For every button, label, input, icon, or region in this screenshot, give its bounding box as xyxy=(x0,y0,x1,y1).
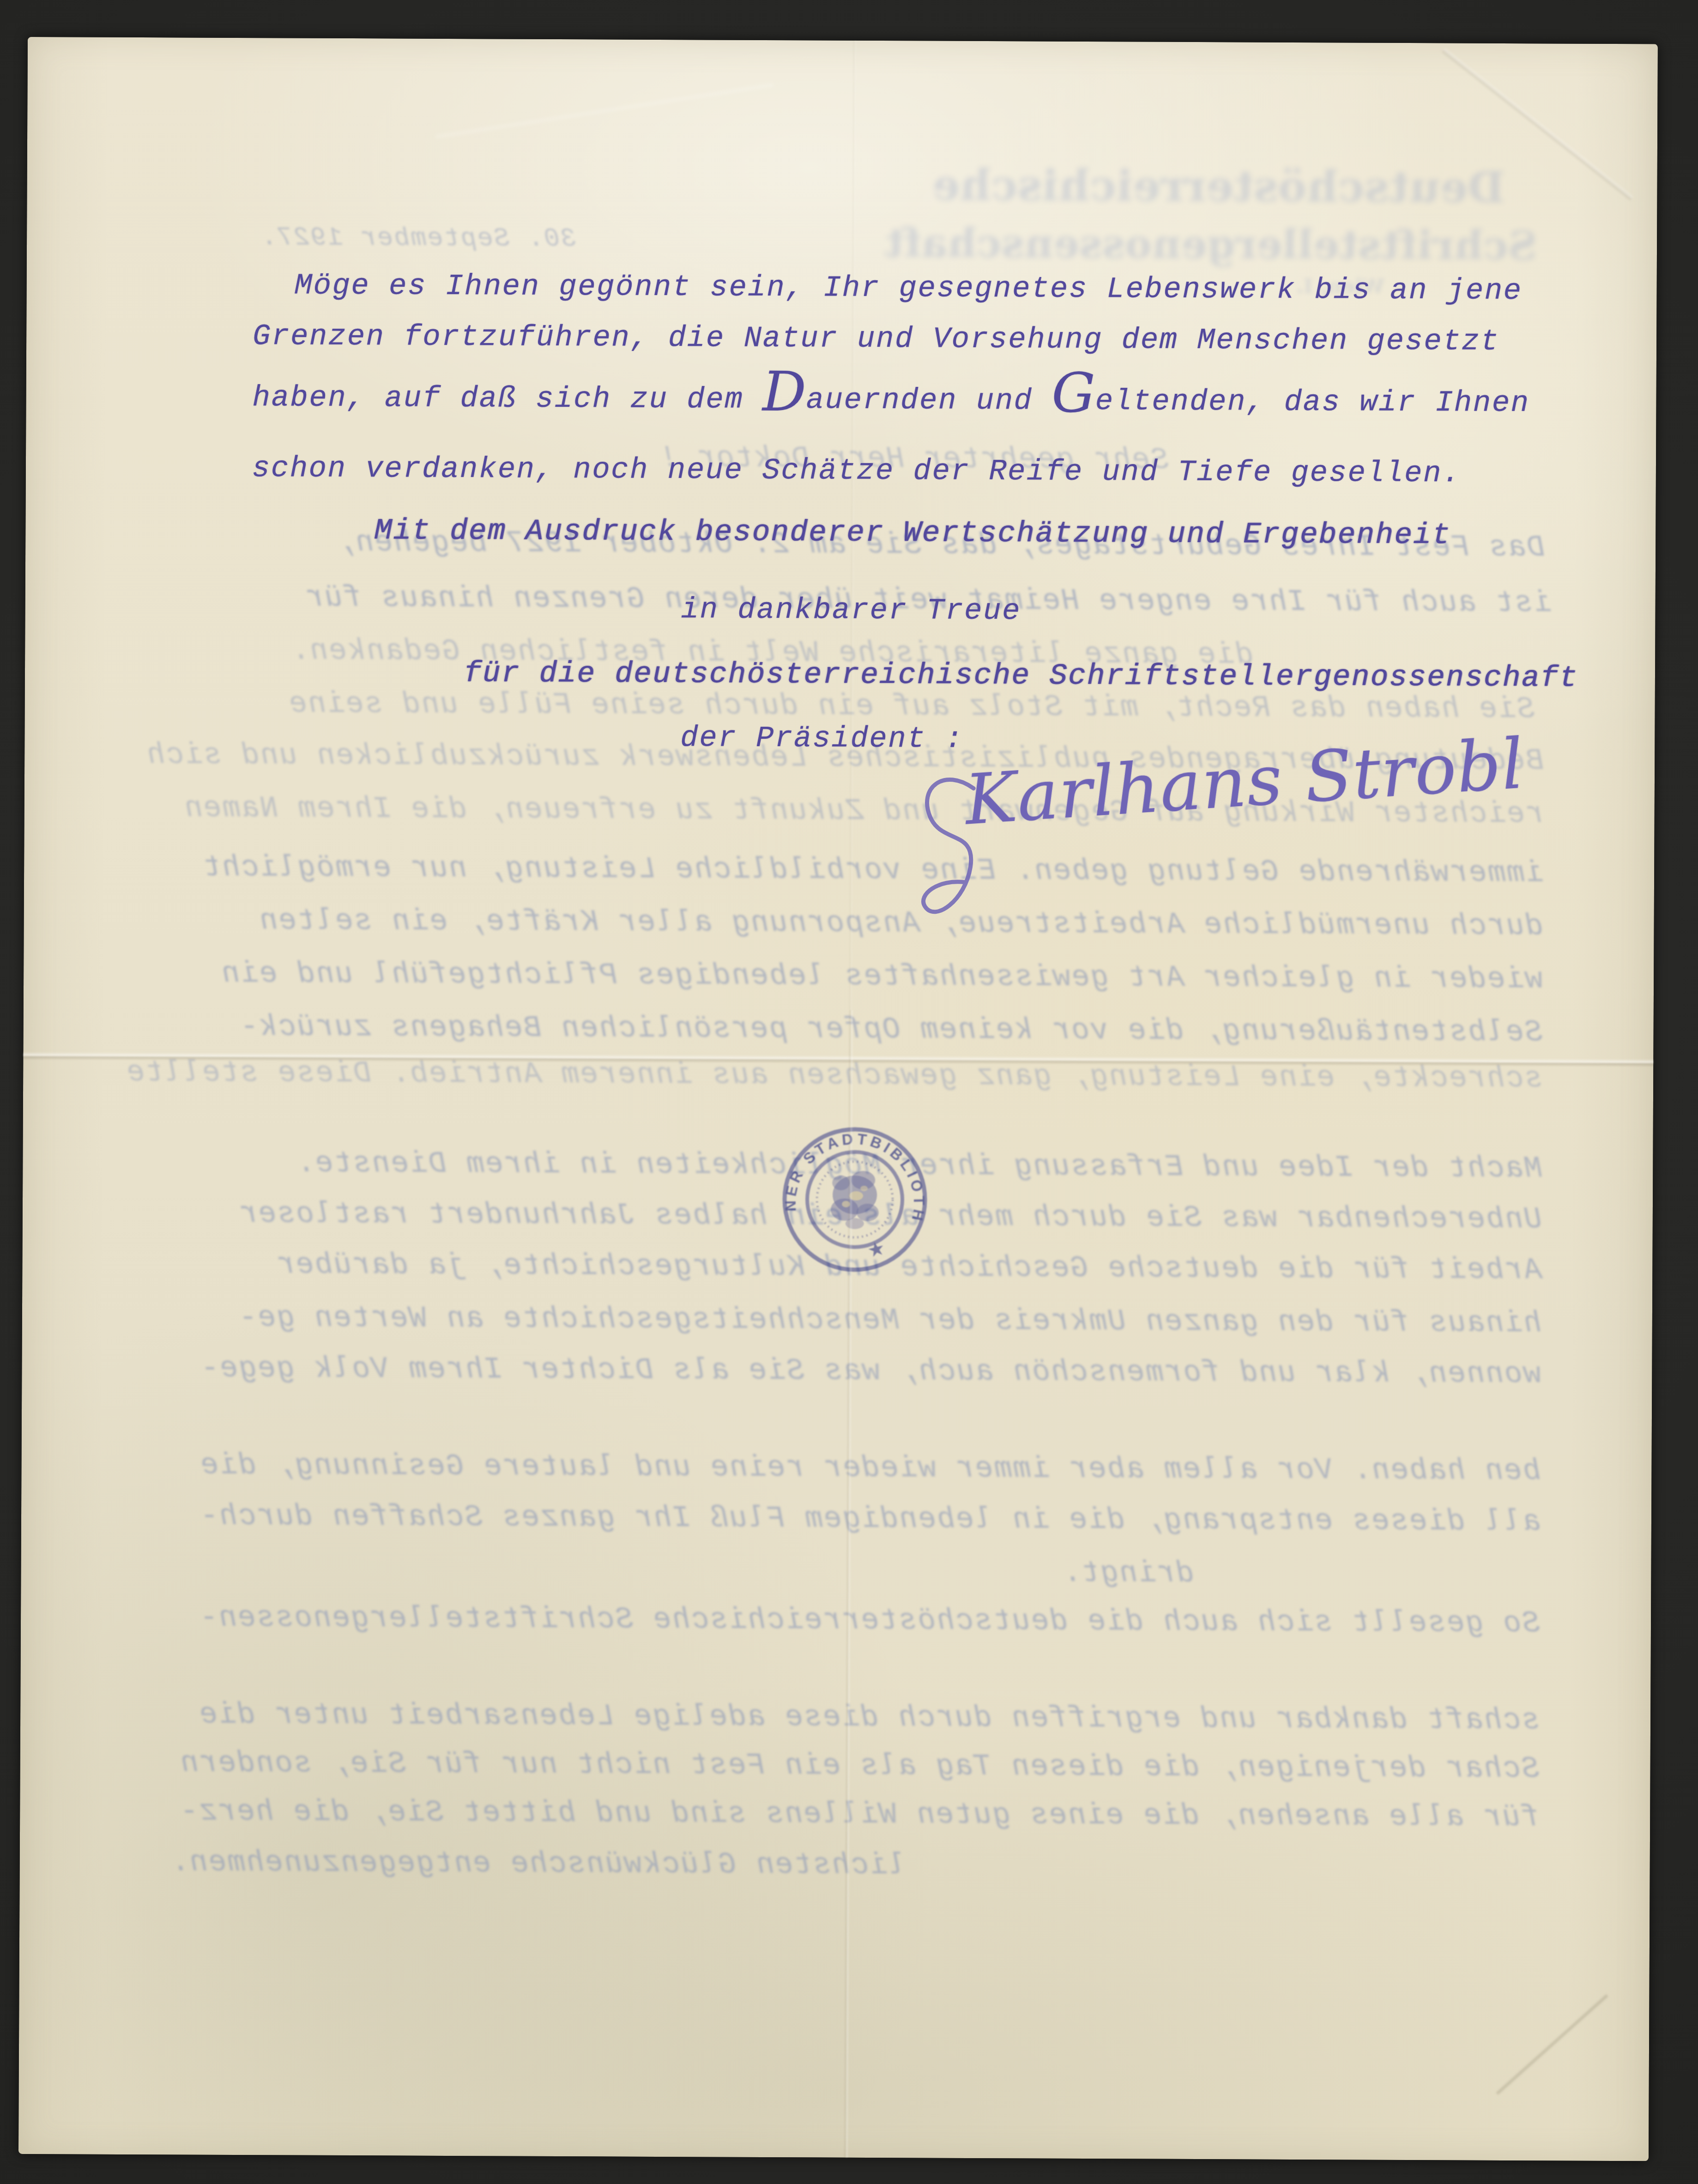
bleed-line: dringt. xyxy=(1062,1557,1194,1591)
body-line-4: schon verdanken, noch neue Schätze der R… xyxy=(252,452,1461,490)
bleed-line: ben haben. Vor allem aber immer wieder r… xyxy=(199,1450,1541,1488)
bleed-line: lichsten Glückwünsche entgegenzunehmen. xyxy=(169,1846,906,1882)
bleed-line: So gesellt sich auch die deutschösterrei… xyxy=(199,1602,1541,1641)
bleed-line: schreckte, eine Leistung, ganz gewachsen… xyxy=(126,1057,1542,1096)
bleed-line: für alle ansehen, die eines guten Willen… xyxy=(179,1796,1540,1834)
closing-line-4: der Präsident : xyxy=(680,722,964,756)
bleed-line: Schar derjenigen, die diesen Tag als ein… xyxy=(179,1747,1540,1786)
scan-background: Deutschösterreichische Schriftstellergen… xyxy=(0,0,1698,2184)
signature-name: Karlhans Strobl xyxy=(963,730,1526,835)
body-line-3-text: auernden und xyxy=(806,384,1052,418)
bleed-line: all dieses entsprang, die in lebendigem … xyxy=(199,1501,1541,1539)
bleed-line: Selbstentäußerung, die vor keinem Opfer … xyxy=(239,1011,1543,1050)
stamp-star-icon: ★ xyxy=(865,1237,887,1262)
closing-line-3: für die deutschösterreichische Schriftst… xyxy=(464,658,1578,695)
body-line-3: haben, auf daß sich zu dem Dauernden und… xyxy=(252,382,1529,420)
bleed-date: 30. September 1927. xyxy=(260,223,576,253)
library-stamp: WIENER STADTBIBLIOTHEK ★ xyxy=(776,1121,933,1278)
swash-capital-g: G xyxy=(1051,361,1095,425)
horizontal-fold-crease xyxy=(23,1052,1653,1067)
bleed-line: schaft dankbar und ergriffen durch diese… xyxy=(199,1699,1540,1738)
bleed-line: wonnen, klar und formenschön auch, was S… xyxy=(200,1353,1541,1391)
swash-capital-d: D xyxy=(762,360,806,423)
bleed-line: hinaus für den ganzen Umkreis der Mensch… xyxy=(238,1302,1541,1340)
bleed-letterhead-line2: Schriftstellergenossenschaft xyxy=(884,222,1537,268)
closing-line-1: Mit dem Ausdruck besonderer Wertschätzun… xyxy=(374,515,1451,552)
corner-crease-top-right xyxy=(1442,48,1633,200)
crease-bottom-right xyxy=(1496,1994,1608,2095)
body-line-2: Grenzen fortzuführen, die Natur und Vors… xyxy=(253,320,1499,358)
bleed-line: wieder in gleicher Art gewissenhaftes le… xyxy=(221,958,1543,996)
body-line-3-text: haben, auf daß sich zu dem xyxy=(252,381,762,417)
signature: Karlhans Strobl xyxy=(902,718,1492,973)
bleed-letterhead-line1: Deutschösterreichische xyxy=(932,162,1505,211)
closing-line-2: in dankbarer Treue xyxy=(681,594,1021,628)
letter-paper: Deutschösterreichische Schriftstellergen… xyxy=(18,37,1658,2161)
wrinkle-top-center xyxy=(435,83,774,139)
body-line-1: Möge es Ihnen gegönnt sein, Ihr gesegnet… xyxy=(294,270,1522,308)
body-line-3-text: eltenden, das wir Ihnen xyxy=(1095,385,1530,420)
